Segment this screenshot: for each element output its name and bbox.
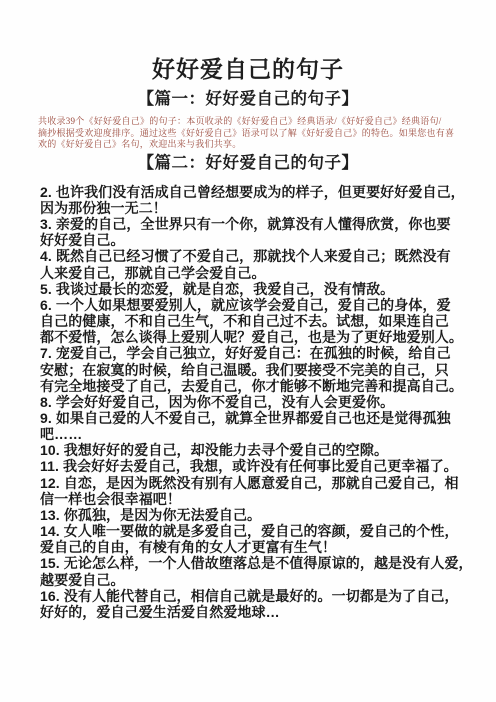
quote-line: 人来爱自己，那就自己学会爱自己。: [40, 265, 480, 281]
quote-line: 安慰；在寂寞的时候，给自己温暖。我们要接受不完美的自己，只: [40, 362, 480, 378]
quote-line: 都不爱惜，怎么谈得上爱别人呢？爱自己，也是为了更好地爱别人。: [40, 329, 480, 345]
quote-line: 8. 学会好好爱自己，因为你不爱自己，没有人会更爱你。: [40, 394, 480, 410]
quote-line: 2. 也许我们没有活成自己曾经想要成为的样子，但更要好好爱自己，: [40, 184, 480, 200]
quote-line: 16. 没有人能代替自己，相信自己就是最好的。一切都是为了自己，: [40, 588, 480, 604]
intro-paragraph: 共收录39个《好好爱自己》的句子：本页收录的《好好爱自己》经典语录/《好好爱自己…: [38, 116, 466, 151]
quote-line: 吧……: [40, 426, 480, 442]
quote-line: 13. 你孤独，是因为你无法爱自己。: [40, 507, 480, 523]
quote-line: 12. 自恋，是因为既然没有别有人愿意爱自己，那就自己爱自己，相: [40, 475, 480, 491]
section2-heading: 【篇二：好好爱自己的句子】: [0, 153, 496, 172]
quotes-list: 2. 也许我们没有活成自己曾经想要成为的样子，但更要好好爱自己，因为那份独一无二…: [40, 184, 480, 620]
quote-line: 15. 无论怎么样，一个人借故堕落总是不值得原谅的，越是没有人爱，: [40, 555, 480, 571]
quote-line: 4. 既然自己已经习惯了不爱自己，那就找个人来爱自己；既然没有: [40, 248, 480, 264]
intro-line: 欢的《好好爱自己》名句，欢迎出来与我们共享。: [38, 139, 466, 151]
quote-line: 因为那份独一无二！: [40, 200, 480, 216]
quote-line: 11. 我会好好去爱自己，我想，或许没有任何事比爱自己更幸福了。: [40, 458, 480, 474]
quote-line: 好好爱自己。: [40, 232, 480, 248]
quote-line: 好好的，爱自己爱生活爱自然爱地球…: [40, 604, 480, 620]
quote-line: 3. 亲爱的自己，全世界只有一个你，就算没有人懂得欣赏，你也要: [40, 216, 480, 232]
quote-line: 6. 一个人如果想要爱别人，就应该学会爱自己，爱自己的身体，爱: [40, 297, 480, 313]
quote-line: 越要爱自己。: [40, 572, 480, 588]
quote-line: 有完全地接受了自己，去爱自己，你才能够不断地完善和提高自己。: [40, 378, 480, 394]
quote-line: 9. 如果自己爱的人不爱自己，就算全世界都爱自己也还是觉得孤独: [40, 410, 480, 426]
quote-line: 自己的健康，不和自己生气，不和自己过不去。试想，如果连自己: [40, 313, 480, 329]
section1-heading: 【篇一：好好爱自己的句子】: [0, 89, 496, 108]
quote-line: 14. 女人唯一要做的就是多爱自己，爱自己的容颜，爱自己的个性，: [40, 523, 480, 539]
quote-line: 7. 宠爱自己，学会自己独立，好好爱自己：在孤独的时候，给自己: [40, 345, 480, 361]
quote-line: 信一样也会很幸福吧！: [40, 491, 480, 507]
quote-line: 5. 我谈过最长的恋爱，就是自恋，我爱自己，没有情敌。: [40, 281, 480, 297]
intro-line: 摘抄根据受欢迎度排序。通过这些《好好爱自己》语录可以了解《好好爱自己》的特色。如…: [38, 128, 466, 140]
quote-line: 10. 我想好好的爱自己，却没能力去寻个爱自己的空隙。: [40, 442, 480, 458]
page-title: 好好爱自己的句子: [0, 0, 496, 84]
intro-line: 共收录39个《好好爱自己》的句子：本页收录的《好好爱自己》经典语录/《好好爱自己…: [38, 116, 466, 128]
quote-line: 爱自己的自由，有棱有角的女人才更富有生气！: [40, 539, 480, 555]
document-page: 好好爱自己的句子 【篇一：好好爱自己的句子】 共收录39个《好好爱自己》的句子：…: [0, 0, 496, 702]
